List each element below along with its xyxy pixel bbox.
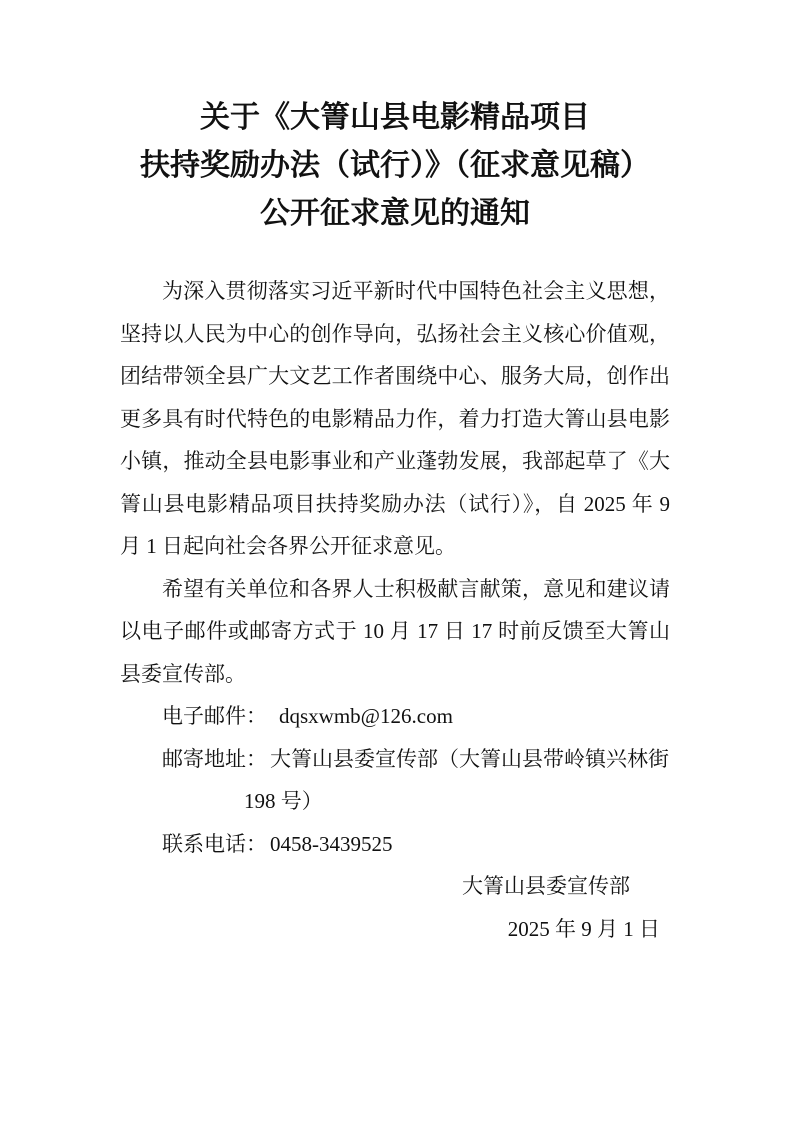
contact-phone-value: 0458-3439525 xyxy=(270,832,393,856)
document-title: 关于《大箐山县电影精品项目 扶持奖励办法（试行）》（征求意见稿） 公开征求意见的… xyxy=(120,94,670,238)
contact-phone-row: 联系电话：0458-3439525 xyxy=(120,823,670,866)
contact-email-label: 电子邮件： xyxy=(162,704,267,728)
paragraph-line: 以电子邮件或邮寄方式于 10 月 17 日 17 时前反馈至大箐山 xyxy=(120,610,670,653)
paragraph-2: 希望有关单位和各界人士积极献言献策，意见和建议请 以电子邮件或邮寄方式于 10 … xyxy=(120,568,670,696)
document-page: 关于《大箐山县电影精品项目 扶持奖励办法（试行）》（征求意见稿） 公开征求意见的… xyxy=(0,0,793,1122)
contact-email-value: dqsxwmb@126.com xyxy=(279,704,453,728)
paragraph-1: 为深入贯彻落实习近平新时代中国特色社会主义思想， 坚持以人民为中心的创作导向，弘… xyxy=(120,270,670,568)
paragraph-line: 为深入贯彻落实习近平新时代中国特色社会主义思想， xyxy=(120,270,670,313)
paragraph-line: 县委宣传部。 xyxy=(120,653,670,696)
paragraph-line: 坚持以人民为中心的创作导向，弘扬社会主义核心价值观， xyxy=(120,313,670,356)
paragraph-line: 团结带领全县广大文艺工作者围绕中心、服务大局，创作出 xyxy=(120,355,670,398)
contact-address-row: 邮寄地址：大箐山县委宣传部（大箐山县带岭镇兴林街 198 号） xyxy=(120,738,670,823)
paragraph-line: 希望有关单位和各界人士积极献言献策，意见和建议请 xyxy=(120,568,670,611)
paragraph-line: 小镇，推动全县电影事业和产业蓬勃发展，我部起草了《大 xyxy=(120,440,670,483)
paragraph-line: 箐山县电影精品项目扶持奖励办法（试行）》，自 2025 年 9 xyxy=(120,483,670,526)
title-line-2: 扶持奖励办法（试行）》（征求意见稿） xyxy=(120,142,670,190)
contact-email-row: 电子邮件：dqsxwmb@126.com xyxy=(120,695,670,738)
paragraph-line: 更多具有时代特色的电影精品力作，着力打造大箐山县电影 xyxy=(120,398,670,441)
title-line-3: 公开征求意见的通知 xyxy=(120,190,670,238)
signature-date: 2025 年 9 月 1 日 xyxy=(120,908,670,951)
signature-organization: 大箐山县委宣传部 xyxy=(120,865,670,908)
paragraph-line: 月 1 日起向社会各界公开征求意见。 xyxy=(120,525,670,568)
contact-address-label: 邮寄地址： xyxy=(162,747,267,771)
document-body: 为深入贯彻落实习近平新时代中国特色社会主义思想， 坚持以人民为中心的创作导向，弘… xyxy=(120,270,670,950)
title-line-1: 关于《大箐山县电影精品项目 xyxy=(120,94,670,142)
contact-phone-label: 联系电话： xyxy=(162,832,267,856)
contact-address-value: 大箐山县委宣传部（大箐山县带岭镇兴林街 198 号） xyxy=(244,747,669,814)
